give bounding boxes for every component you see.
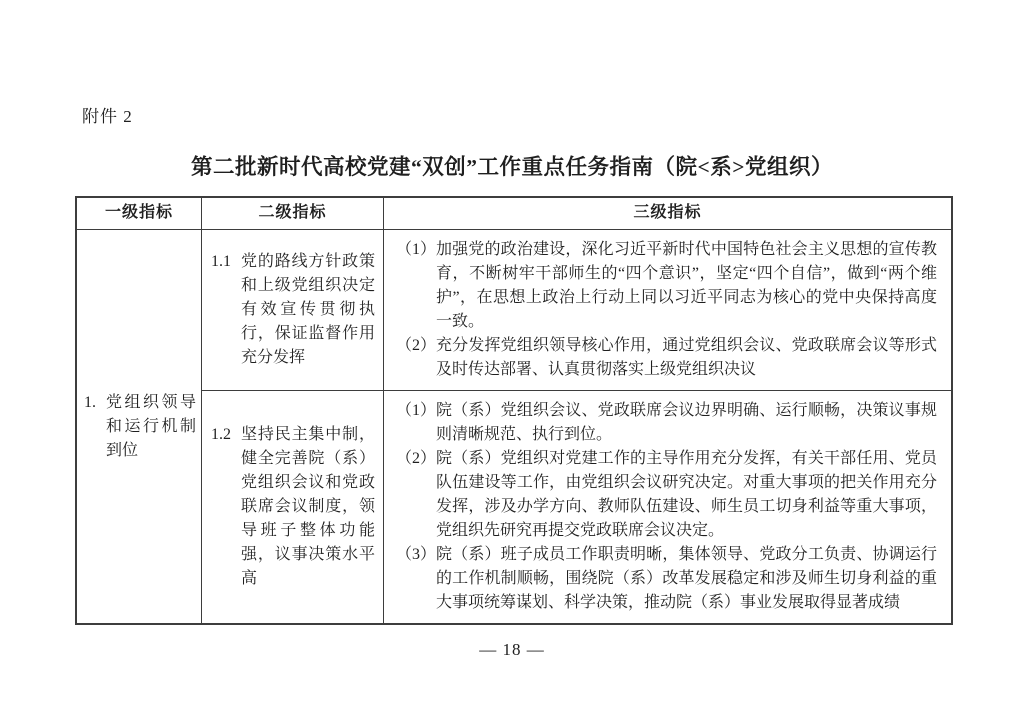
level3-item: （1） 加强党的政治建设，深化习近平新时代中国特色社会主义思想的宣传教育，不断树… — [396, 238, 937, 334]
header-level1: 一级指标 — [77, 198, 202, 229]
table-header-row: 一级指标 二级指标 三级指标 — [77, 198, 951, 230]
level3-item-text: 充分发挥党组织领导核心作用，通过党组织会议、党政联席会议等形式及时传达部署、认真… — [436, 334, 937, 382]
level2-cell-1-2: 1.2 坚持民主集中制，健全完善院（系）党组织会议和党政联席会议制度，领导班子整… — [202, 391, 384, 623]
subrow-1-2: 1.2 坚持民主集中制，健全完善院（系）党组织会议和党政联席会议制度，领导班子整… — [202, 391, 951, 623]
level3-cell-1-2: （1） 院（系）党组织会议、党政联席会议边界明确、运行顺畅，决策议事规则清晰规范… — [384, 391, 951, 623]
level3-item-number: （3） — [396, 543, 436, 567]
level1-number: 1. — [84, 391, 106, 415]
header-level2: 二级指标 — [202, 198, 384, 229]
attachment-label: 附件 2 — [82, 102, 133, 127]
level3-item-number: （1） — [396, 238, 436, 262]
level3-item: （3） 院（系）班子成员工作职责明晰，集体领导、党政分工负责、协调运行的工作机制… — [396, 543, 937, 615]
level1-text: 党组织领导和运行机制到位 — [106, 391, 196, 463]
level3-item-number: （2） — [396, 447, 436, 471]
level2-text: 坚持民主集中制，健全完善院（系）党组织会议和党政联席会议制度，领导班子整体功能强… — [241, 423, 375, 591]
level3-item: （2） 充分发挥党组织领导核心作用，通过党组织会议、党政联席会议等形式及时传达部… — [396, 334, 937, 382]
level3-item: （2） 院（系）党组织对党建工作的主导作用充分发挥，有关干部任用、党员队伍建设等… — [396, 447, 937, 543]
header-level3: 三级指标 — [384, 198, 951, 229]
level3-cell-1-1: （1） 加强党的政治建设，深化习近平新时代中国特色社会主义思想的宣传教育，不断树… — [384, 230, 951, 390]
level3-item-text: 院（系）党组织会议、党政联席会议边界明确、运行顺畅，决策议事规则清晰规范、执行到… — [436, 399, 937, 447]
level3-item-text: 院（系）党组织对党建工作的主导作用充分发挥，有关干部任用、党员队伍建设等工作，由… — [436, 447, 937, 543]
level1-indicator-cell: 1. 党组织领导和运行机制到位 — [77, 230, 202, 623]
subrow-1-1: 1.1 党的路线方针政策和上级党组织决定有效宣传贯彻执行，保证监督作用充分发挥 … — [202, 230, 951, 391]
level3-item-number: （2） — [396, 334, 436, 358]
level3-item: （1） 院（系）党组织会议、党政联席会议边界明确、运行顺畅，决策议事规则清晰规范… — [396, 399, 937, 447]
level3-item-text: 加强党的政治建设，深化习近平新时代中国特色社会主义思想的宣传教育，不断树牢干部师… — [436, 238, 937, 334]
level3-item-number: （1） — [396, 399, 436, 423]
document-title: 第二批新时代高校党建“双创”工作重点任务指南（院<系>党组织） — [0, 150, 1024, 181]
table-row: 1. 党组织领导和运行机制到位 1.1 党的路线方针政策和上级党组织决定有效宣传… — [77, 230, 951, 623]
level3-item-text: 院（系）班子成员工作职责明晰，集体领导、党政分工负责、协调运行的工作机制顺畅，围… — [436, 543, 937, 615]
level2-number: 1.2 — [211, 423, 241, 447]
subrows: 1.1 党的路线方针政策和上级党组织决定有效宣传贯彻执行，保证监督作用充分发挥 … — [202, 230, 951, 623]
level2-number: 1.1 — [211, 250, 241, 274]
page-number: — 18 — — [0, 640, 1024, 660]
indicator-table: 一级指标 二级指标 三级指标 1. 党组织领导和运行机制到位 1.1 党的路线方… — [75, 196, 953, 625]
level2-cell-1-1: 1.1 党的路线方针政策和上级党组织决定有效宣传贯彻执行，保证监督作用充分发挥 — [202, 230, 384, 390]
level2-text: 党的路线方针政策和上级党组织决定有效宣传贯彻执行，保证监督作用充分发挥 — [241, 250, 375, 370]
